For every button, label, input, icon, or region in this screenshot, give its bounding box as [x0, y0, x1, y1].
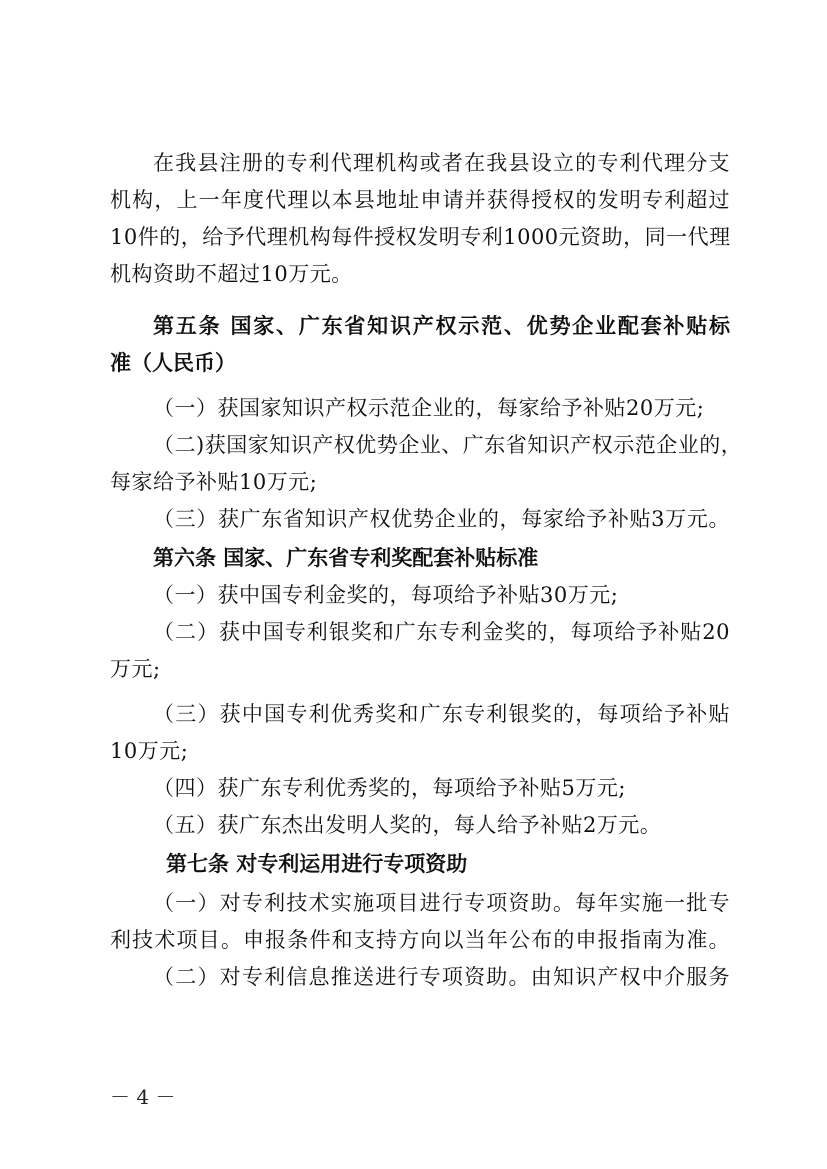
article-5-item-2-line-2: 每家给予补贴10万元;: [110, 467, 730, 497]
article-7-item-2-line-1: （二）对专利信息推送进行专项资助。由知识产权中介服务: [153, 962, 730, 992]
article-7-item-1-line-2: 利技术项目。申报条件和支持方向以当年公布的申报指南为准。: [110, 925, 730, 955]
article-6-item-1: （一）获中国专利金奖的，每项给予补贴30万元;: [153, 580, 730, 610]
article-6-item-2-line-1: （二）获中国专利银奖和广东专利金奖的，每项给予补贴20: [153, 617, 730, 647]
article-5-heading-line-1: 第五条 国家、广东省知识产权示范、优势企业配套补贴标: [153, 311, 730, 341]
article-7-item-1-line-1: （一）对专利技术实施项目进行专项资助。每年实施一批专: [153, 888, 730, 918]
paragraph-agency-subsidy-line-1: 在我县注册的专利代理机构或者在我县设立的专利代理分支: [153, 148, 730, 178]
article-5-heading-line-2: 准（人民币）: [110, 348, 730, 378]
page-number: － 4 －: [110, 1082, 175, 1112]
paragraph-agency-subsidy-line-3: 10件的，给予代理机构每件授权发明专利1000元资助，同一代理: [110, 222, 730, 252]
article-5-item-2-line-1: （二)获国家知识产权优势企业、广东省知识产权示范企业的，: [153, 430, 730, 460]
article-6-item-3-line-2: 10万元;: [110, 736, 730, 766]
paragraph-agency-subsidy-line-2: 机构，上一年度代理以本县地址申请并获得授权的发明专利超过: [110, 185, 730, 215]
article-6-heading: 第六条 国家、广东省专利奖配套补贴标准: [153, 543, 730, 573]
article-6-item-2-line-2: 万元;: [110, 654, 730, 684]
article-6-item-5: （五）获广东杰出发明人奖的，每人给予补贴2万元。: [153, 810, 730, 840]
article-5-item-3: （三）获广东省知识产权优势企业的，每家给予补贴3万元。: [153, 504, 730, 534]
document-page: 在我县注册的专利代理机构或者在我县设立的专利代理分支 机构，上一年度代理以本县地…: [0, 0, 827, 1169]
article-6-item-3-line-1: （三）获中国专利优秀奖和广东专利银奖的，每项给予补贴: [153, 699, 730, 729]
article-5-item-1: （一）获国家知识产权示范企业的，每家给予补贴20万元;: [153, 393, 730, 423]
article-7-heading: 第七条 对专利运用进行专项资助: [166, 849, 730, 879]
paragraph-agency-subsidy-line-4: 机构资助不超过10万元。: [110, 259, 730, 289]
article-6-item-4: （四）获广东专利优秀奖的，每项给予补贴5万元;: [153, 773, 730, 803]
